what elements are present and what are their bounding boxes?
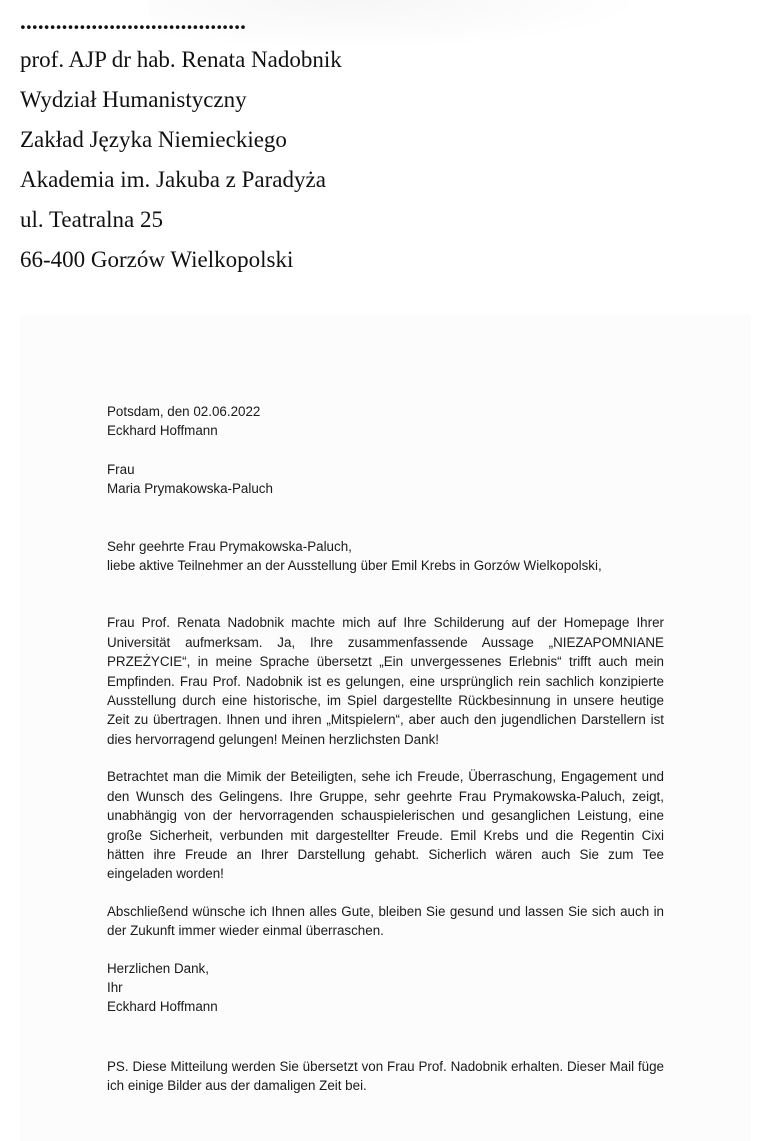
header-faculty: Wydział Humanistyczny [20, 80, 342, 120]
header-department: Zakład Języka Niemieckiego [20, 120, 342, 160]
header-street: ul. Teatralna 25 [20, 200, 342, 240]
signature-dotted-line: ...................................... [20, 10, 342, 40]
salutation-line-1: Sehr geehrte Frau Prymakowska-Paluch, [107, 537, 664, 556]
salutation-line-2: liebe aktive Teilnehmer an der Ausstellu… [107, 556, 664, 575]
recipient-name: Maria Prymakowska-Paluch [107, 479, 664, 498]
sender-name: Eckhard Hoffmann [107, 421, 664, 440]
letter-body: Potsdam, den 02.06.2022 Eckhard Hoffmann… [107, 402, 664, 1096]
header-city: 66-400 Gorzów Wielkopolski [20, 240, 342, 280]
header-institution: Akademia im. Jakuba z Paradyża [20, 160, 342, 200]
paragraph-2: Betrachtet man die Mimik der Beteiligten… [107, 767, 664, 883]
closing: Herzlichen Dank, [107, 959, 664, 978]
postscript: PS. Diese Mitteilung werden Sie übersetz… [107, 1057, 664, 1096]
signature: Eckhard Hoffmann [107, 997, 664, 1016]
closing-2: Ihr [107, 978, 664, 997]
recipient-title: Frau [107, 460, 664, 479]
paragraph-1: Frau Prof. Renata Nadobnik machte mich a… [107, 613, 664, 749]
place-date: Potsdam, den 02.06.2022 [107, 402, 664, 421]
header-name: prof. AJP dr hab. Renata Nadobnik [20, 40, 342, 80]
paragraph-3: Abschließend wünsche ich Ihnen alles Gut… [107, 902, 664, 941]
address-header: ...................................... p… [20, 10, 342, 280]
